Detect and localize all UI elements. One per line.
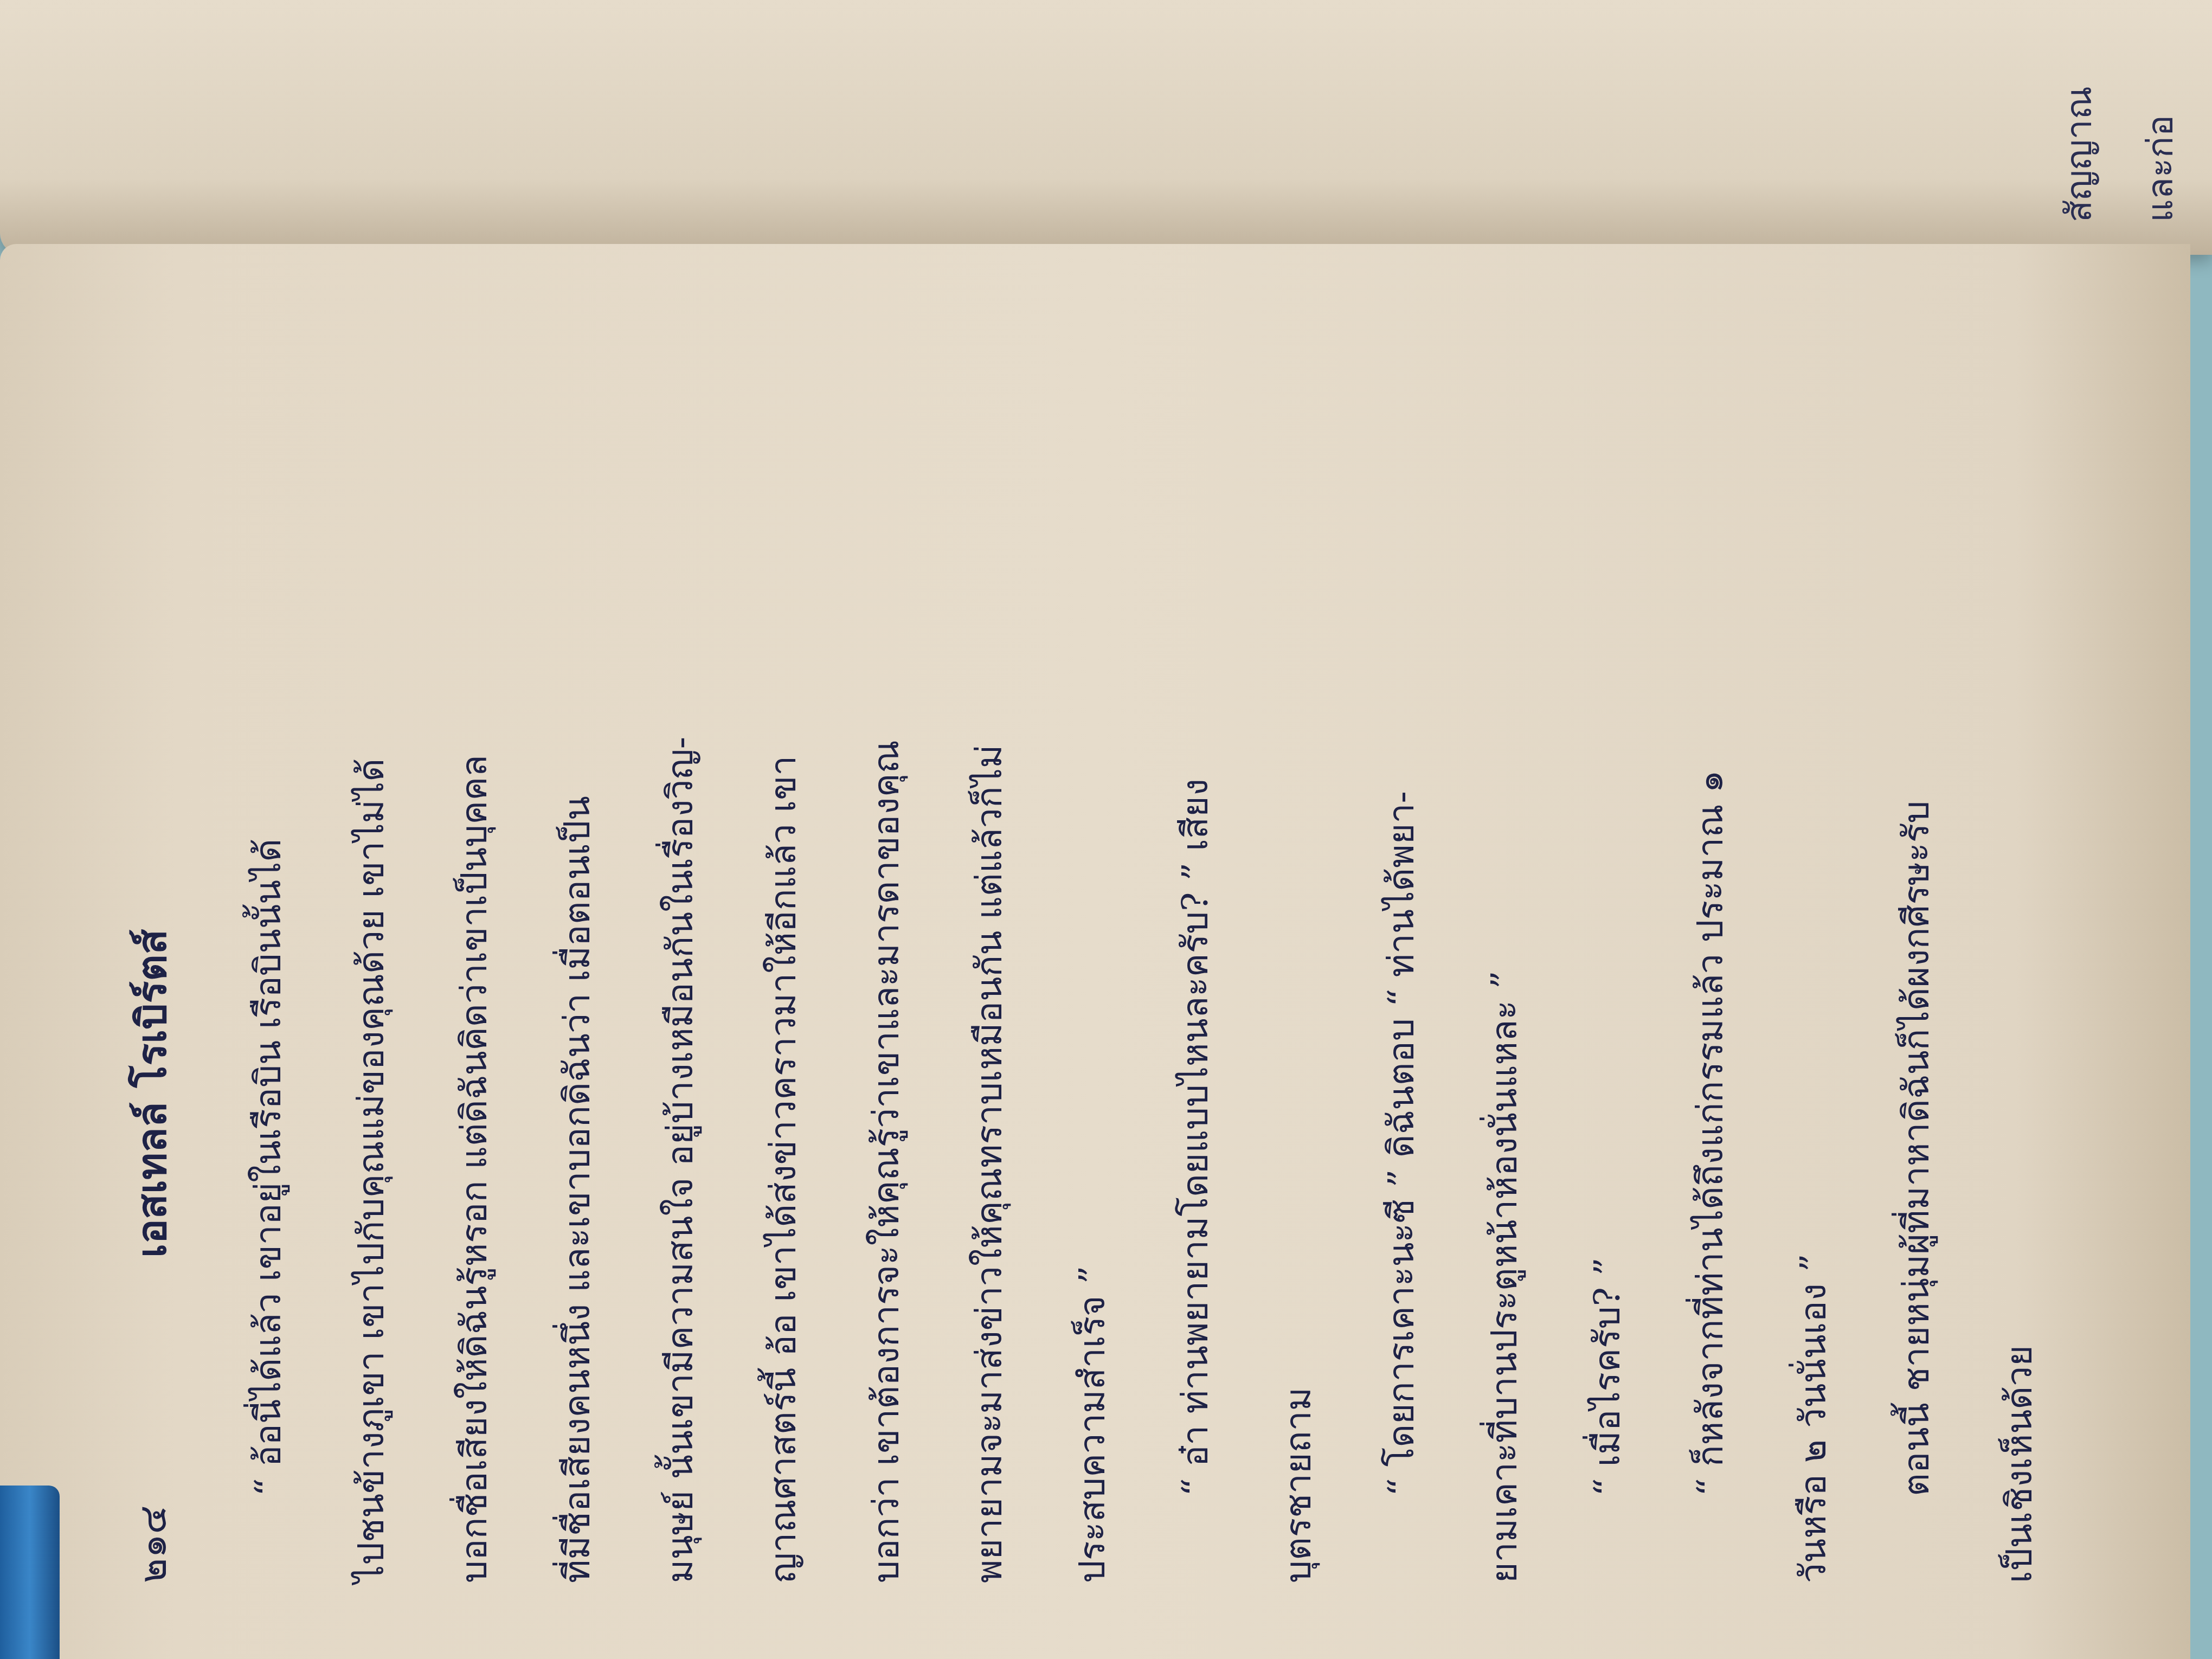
facing-line: สัญญาณ bbox=[2039, 5, 2120, 222]
text-line: บอกว่า เขาต้องการจะให้คุณรู้ว่าเขาและมาร… bbox=[835, 336, 938, 1583]
text-line: “ อ้อนี่ได้แล้ว เขาอยู่ในเรือบิน เรือบิน… bbox=[217, 336, 320, 1583]
text-line: บอกชื่อเสียงให้ดิฉันรู้หรอก แต่ดิฉันคิดว… bbox=[423, 336, 526, 1583]
text-line: ที่มีชื่อเสียงคนหนึ่ง และเขาบอกดิฉันว่า … bbox=[526, 336, 629, 1583]
text-line: ประสบความสำเร็จ ” bbox=[1041, 336, 1144, 1583]
text-line: ตอนนี้ ชายหนุ่มผู้ที่มาหาดิฉันก็ได้ผงกศี… bbox=[1865, 336, 1968, 1583]
text-line: เป็นเชิงเห็นด้วย bbox=[1968, 336, 2071, 1583]
text-line: ญาณศาสตร์นี้ อ้อ เขาได้ส่งข่าวคราวมาให้อ… bbox=[732, 336, 835, 1583]
text-line: ยามเคาะที่บานประตูหน้าห้องนั่นแหละ ” bbox=[1453, 336, 1556, 1583]
text-line: ไปชนข้างภูเขา เขาไปกับคุณแม่ของคุณด้วย เ… bbox=[320, 336, 423, 1583]
facing-page-text: สัญญาณ และก่อ bbox=[0, 0, 2212, 255]
facing-line: และก่อ bbox=[2120, 5, 2201, 222]
text-line: “ ก็หลังจากที่ท่านได้ถึงแก่กรรมแล้ว ประม… bbox=[1659, 336, 1762, 1583]
text-line: “ โดยการเคาะนะซี ” ดิฉันตอบ “ ท่านได้พยา… bbox=[1350, 336, 1453, 1583]
text-line: พยายามจะมาส่งข่าวให้คุณทราบเหมือนกัน แต่… bbox=[938, 336, 1041, 1583]
blue-pen-cap bbox=[0, 1486, 60, 1659]
running-head: เอสเทลล์ โรเบิร์ตส์ bbox=[119, 929, 184, 1258]
book-page: ๒๑๔ เอสเทลล์ โรเบิร์ตส์ “ อ้อนี่ได้แล้ว … bbox=[0, 244, 2190, 1659]
page-header: ๒๑๔ เอสเทลล์ โรเบิร์ตส์ bbox=[119, 336, 184, 1583]
page-content: ๒๑๔ เอสเทลล์ โรเบิร์ตส์ “ อ้อนี่ได้แล้ว … bbox=[0, 244, 2190, 1659]
text-line: “ เมื่อไรครับ? ” bbox=[1556, 336, 1659, 1583]
facing-page: สัญญาณ และก่อ bbox=[0, 0, 2212, 255]
text-line: “ อ๋า ท่านพยายามโดยแบบไหนละครับ? ” เสียง bbox=[1144, 336, 1247, 1583]
page-number: ๒๑๔ bbox=[123, 1258, 183, 1583]
text-line: วันหรือ ๒ วันนั่นเอง ” bbox=[1762, 336, 1865, 1583]
text-line: บุตรชายถาม bbox=[1247, 336, 1350, 1583]
body-text: “ อ้อนี่ได้แล้ว เขาอยู่ในเรือบิน เรือบิน… bbox=[217, 336, 2071, 1583]
text-line: มนุษย์ นั้นเขามีความสนใจ อยู่บ้างเหมือนก… bbox=[629, 336, 732, 1583]
